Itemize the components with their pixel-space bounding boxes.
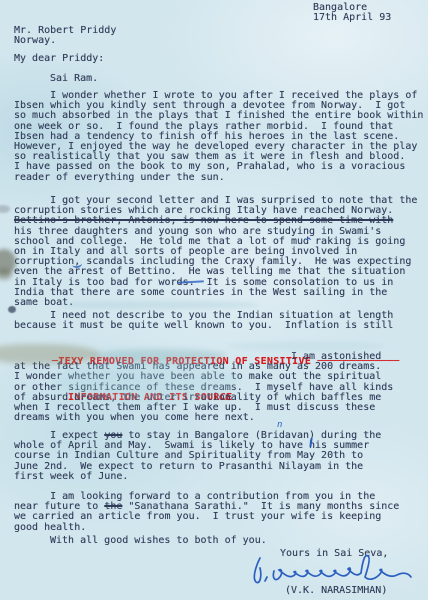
paragraph-4: I am astonished at the fact that Swami h… [14,352,393,423]
letter-place-date: Bangalore 17th April 93 [313,3,391,23]
scanned-letter-page: Bangalore 17th April 93 Mr. Robert Pridd… [0,0,428,600]
pen-insert-n: n [277,420,282,430]
paragraph-6: I am looking forward to a contribution f… [14,492,399,533]
recipient-address: Mr. Robert Priddy Norway. [14,26,116,46]
paragraph-1: I wonder whether I wrote to you after I … [14,91,423,183]
paragraph-2: I got your second letter and I was surpr… [14,196,417,308]
paragraph-2-text: I got your second letter and I was surpr… [14,195,417,216]
paragraph-5: I expect you to stay in Bangalore (Brida… [14,431,381,482]
date-line: 17th April 93 [313,12,391,23]
ink-stain [0,268,12,280]
ink-stain [0,205,10,213]
pen-caret-mudraking: ^ [306,237,311,247]
greeting: Sai Ram. [50,74,98,84]
paragraph-3: I need not describe to you the Indian si… [14,311,393,331]
closing-wishes: With all good wishes to both of you. [50,536,267,546]
salutation: My dear Priddy: [14,54,104,64]
signature-name: (V.K. NARASIMHAN) [285,586,387,596]
